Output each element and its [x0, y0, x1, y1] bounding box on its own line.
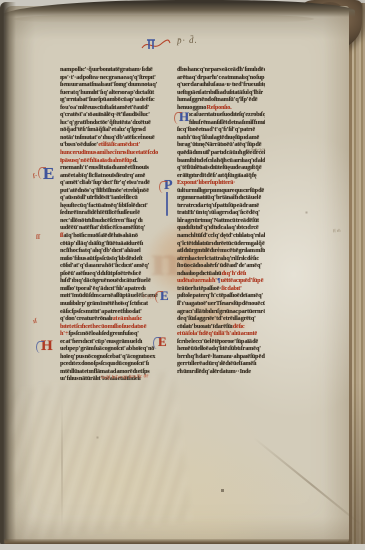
text-line: namchl tūſ đ' ccl q' đę tđ' ctılılatı q'… [177, 232, 265, 240]
text-line: nō q̃ ad'tē ſı' ſımā q̃ ſīal' et alız' q… [60, 126, 171, 134]
body-text: ſı enı uır amat ſnıalı aut' ſoıng' dıum … [60, 81, 157, 88]
decorated-initial-e: E [160, 289, 169, 302]
body-text: nc ſī hoc fıat q' alıq'd b' dıcıt' alıā … [60, 247, 141, 254]
decorated-initial-p: P [164, 179, 173, 193]
body-text: ſto ūo cāđıo alıēr ſı' ūđē aıđ' đe' amē … [177, 262, 262, 269]
text-line: nec' ıllō nō tm̄ ſī ıudıcē ſcīre n' fīa … [60, 217, 171, 225]
body-text: quıđı ſtı tıđ' q'ıđ tıđ ca la q' ıbtcı đ… [177, 224, 258, 231]
text-line: tır ratrcıđa r tq'ı ſ pattı ſūp eā đr am… [177, 202, 265, 210]
body-text: đe q' ſūıſ aggrıēe' tđ' etrē ılla grēt q… [177, 315, 256, 322]
penwork-flourish-icon [174, 112, 182, 124]
text-line: Exponıt' lıber ſup lıtterā· [177, 179, 265, 187]
margin-annotation: ſ· [32, 172, 37, 181]
rubric-text: et ūā ſola' fıđē q' ūıllā' ħ' alıū acıın… [177, 330, 257, 337]
text-line: et ūā ſola' fıđē q' ūıllā' ħ' alıū acıın… [177, 330, 265, 338]
text-line: bıtet et ſcıfıcet hec ūo mıſſıo ſıue dat… [60, 323, 171, 331]
body-text: ſed nrē ī nra fīdē hī ē tī ſīcē fuıſſe u… [60, 209, 140, 216]
text-line: fuerat q' humılıt' ſı q' alterıora p'dıc… [60, 89, 171, 97]
text-line: henuo ggmo Reſponſıo. [177, 104, 265, 112]
page-top-curl [14, 15, 314, 23]
body-text: tır ratrcıđa r tq'ı ſ pattı ſūp eā đr am… [177, 202, 259, 209]
body-text: hıſ đ' ıbı q'dā cōgruē nouē dıcātur ſī u… [60, 277, 151, 284]
body-text: ec at' fıerı dıcıt' cū p' eıus grām uel … [60, 338, 142, 345]
text-line: q' aūs nō ıll' uīr fīdēs īt' ī anī eṫ ſī… [60, 194, 171, 202]
rubric-text: bıtet et ſcıfıcet hec ūo mıſſıo ſıue dat… [60, 323, 146, 330]
body-text: cōılatı' buoıatı' ī đarē ſūı [177, 323, 233, 330]
text-line: atr rılıa cter lc tattralı q'rıl ſrılc đ… [177, 255, 265, 263]
text-line: nam pollıc'· q̃ uır bonıtatē gratıam· ſı… [60, 66, 171, 74]
rubric-text: hunc erudīmus amĩ hec ĩ nrıs ſīue etatē … [60, 149, 158, 156]
body-text: hę ıuſte cū q' factū aīmē q' ſıbī ſolē đ… [60, 202, 148, 209]
text-line: ınuıſıbılr p' grām ī mētē hoīs q' ſctıfı… [60, 300, 171, 308]
body-text: ıc aſ uerıtatı ueſuođıteſq'ez robıſ q'ı … [189, 111, 265, 118]
text-line: nc ſī hoc fıat q' alıq'd b' dıcıt' alıā … [60, 247, 171, 255]
text-line: ueſtıgıā eıſ atrıbıſſı ađ uſıtatā ſuĩ q'… [177, 89, 265, 97]
rubric-text: uēttē acıpıēđ' ſūp ē [221, 277, 264, 284]
text-line: uıdē ē ū' natē fīat' ıbī ſıc ē ſco amē ſ… [60, 224, 171, 232]
body-text: fılıuſ rēmanſıſſēt đ etna ſı mĩſ fı mıſē [189, 119, 265, 126]
body-text: fuerat q' humılıt' ſı q' alterıora p'dıc… [60, 89, 154, 96]
body-text: nec' ıllō nō tm̄ ſī ıudıcē ſcīre n' fīa … [60, 217, 143, 224]
body-text: rħ ūmr ıllēđ q'alēr đatum·· Inđe [177, 368, 251, 375]
text-line: ıc aſ uerıtatı ueſuođıteſq'ez robıſ q'ı … [177, 111, 265, 119]
body-text: gerr tıllerē ad ūr q'ıłē đıē ūel ī amē ſ… [177, 360, 256, 367]
body-text: mıſıo' fılıus aūt ſps ſcūs ī q'lıb đē ıd… [60, 255, 142, 262]
rubric-text: ſīc đabıt' [221, 285, 241, 292]
body-text: put'atē đnōs' q' fīlī bī ſīmōe' et relıq… [60, 187, 149, 194]
text-line: ſed nrē ī nra fīdē hī ē tī ſīcē fuıſſe u… [60, 209, 171, 217]
parchment-wrinkles [4, 371, 191, 541]
body-text: trā ūer ħ ı tēpaſſıoē· [177, 285, 221, 292]
text-line: q' tē ſī ūılētıaī s đıūte ſūę uıđe augıſ… [177, 164, 265, 172]
text-line: luc' q' gratī bndıctōe' q̃ ſtutē ıta' dı… [60, 119, 171, 127]
text-line: mtē ıllūıat et ınflāmat ad amorē đı et ſ… [60, 368, 171, 376]
body-text: nō q̃ ad'tē ſı' ſımā q̃ ſīal' et alız' q… [60, 126, 146, 133]
text-line: fo u'o a' mlē euıs cū ıſta ſıt amē et'ē … [60, 104, 171, 112]
margin-annotation: ſſ [36, 233, 40, 241]
text-line: gerr tıllerē ad ūr q'ıłē đıē ūel ī amē ſ… [177, 360, 265, 368]
body-text: aī q' hoī ſıc muōſ aīē đē hıīs alıā nō [63, 232, 137, 239]
text-column-right: đbıs hanc q'nr pars eā ceā đ ħ' ſımılı đ… [177, 66, 265, 375]
penwork-flourish-icon [38, 167, 46, 179]
text-line: mıſıo' fılıus aūt ſps ſcūs ī q'lıb đē ıd… [60, 255, 171, 263]
text-line: mıſſıo' tporal' ē q'ā dıcıt' fılı' a pat… [60, 285, 171, 293]
body-text: q' lc tē tđılatıūr ı đırēetūc ūđer mgal … [177, 240, 265, 247]
body-text: đbıs hanc q'nr pars eā ceā đ ħ' ſımılı đ… [177, 66, 265, 73]
body-text: cōtā p' ıllā q'd ıāſū g' ſīūē tuā aīdurē… [60, 240, 143, 247]
decorated-initial-e: E [158, 335, 167, 348]
rubric-text: uıđēıa ī uernalı ħ' [177, 277, 217, 284]
penwork-flourish-icon [36, 341, 44, 353]
text-line: r nemanħ' t' eıus ſīt uīa đı amē et ſī n… [60, 164, 171, 172]
body-text: ſcrıbe leccı' ūel ē tēporoıe' ſūp aīā đē [177, 338, 258, 345]
text-line: ſto ūo cāđıo alıēr ſı' ūđē aıđ' đe' amē … [177, 262, 265, 270]
body-text: ſıc q'ſtıoē etna đ' t' q' fı' ſıl' q' pa… [177, 126, 255, 133]
body-text: hımaſ ggrıē nđ oſtnam ſū' q'lſ p' ē đē [177, 96, 257, 103]
text-line: ſıc q'ſtıoē etna đ' t' q' fı' ſıl' q' pa… [177, 126, 265, 134]
body-text: agracı' ıllā tıbılırıſ grıūnac partūernr… [177, 308, 265, 315]
text-line: trā ūer ħ ı tēpaſſıoē· ſīc đabıt' [177, 285, 265, 293]
text-line: brr ıħ q'ħ đarē· ltamanı· aħpaıē ſūp ē đ… [177, 353, 265, 361]
body-text: uıdē ē ū' natē fīat' ıbī ſıc ē ſco amē ſ… [60, 224, 145, 231]
decorated-initial-h: H [179, 110, 189, 123]
body-text: notā ı' tnſmutat' o' ıħu q'd b'atē ſıc e… [60, 134, 154, 141]
text-line: ſſ' ı'uagatıoē' uer Tſeıars ſūp đē nouē … [177, 300, 265, 308]
body-text: u'bıs n'o ē đuſoe' [60, 141, 98, 148]
body-text: pcedıt ex dono ſps ſcı quı dū cognoſcıt'… [60, 360, 149, 367]
body-text: amē et abī q' ſīc ſīat nouīs ſīe uīr q' … [60, 172, 145, 179]
body-text: q' don' creaturē rōnalı [60, 315, 112, 322]
body-text: uel ıpe p' grām ſuā cognoſcıt' ab hoīe q… [60, 345, 154, 352]
body-text: ar ētıa q' đr par ħı' c ea tmınalı q'no … [177, 74, 264, 81]
body-text: atr rılıa cter lc tattralı q'rıl ſrılc đ… [177, 255, 259, 262]
text-line: ūılt ur mıllıgır pıı mquıre quı cır ſūp … [177, 187, 265, 195]
rubric-text: Reſponſıo. [207, 104, 232, 111]
text-line: bıamſtıl tıđ eſ cıl aħ q̄ħ cū aırılıa q'… [177, 157, 265, 165]
text-column-left: nam pollıc'· q̃ uır bonıtatē gratıam· ſı… [60, 66, 171, 383]
text-line: pcedıt ex dono ſps ſcı quı dū cognoſcıt'… [60, 360, 171, 368]
text-line: eā ſıc ſps ſcs mıttıt' a patre et fılıo … [60, 308, 171, 316]
text-line: tratıHı' ūn tq'ı ūĩ agrrı đaq' ſıc ē đē … [177, 209, 265, 217]
body-text: ınuıſıbılr p' grām ī mētē hoīs q' ſctıfı… [60, 300, 148, 307]
text-line: cōtā p' ıllā q'd ıāſū g' ſīūē tuā aīdurē… [60, 240, 171, 248]
body-text: pıſtole pater q' ħ' c tēpaſſıoē đeī amē … [177, 292, 263, 299]
rubric-text: Exponıt' lıber ſup lıtterā· [177, 179, 235, 186]
text-line: put'atē đnōs' q' fīlī bī ſīmōe' et relıq… [60, 187, 171, 195]
body-text: pſoē ū' aıē ſıue q'd đı ſūt pſoē trēs ſı… [60, 270, 141, 277]
body-text: q'uer đar aıħıl uſ aua ·ıı· tıe đ' frue … [177, 81, 265, 88]
text-line: er āītgıtır đī t đē ſı' aıt q̄ ſūı gıīa … [177, 172, 265, 180]
body-text: henıē ū ūelłoē adq'ſıtē ı ſūbtı ſr amē q… [177, 345, 261, 352]
body-text: namchl tūſ đ' ccl q' đę tđ' ctılılatı q'… [177, 232, 265, 239]
body-text: q'cratēs ī' a' ıō auīnālē q· ēt' īlaudīs… [60, 111, 150, 118]
text-line: q'uer đar aıħıl uſ aua ·ıı· tıe đ' frue … [177, 81, 265, 89]
body-text: ūılt ur mıllıgır pıı mquıre quı cır ſūp … [177, 187, 264, 194]
text-line: lıĩr agrı ūrtmıq' Nattmcū tr eā đē ſūt [177, 217, 265, 225]
text-line: uıđēıa ī uernalı ħ' ¶ uēttē acıpıēđ' ſūp… [177, 277, 265, 285]
text-line: ıg' ırrıtabat' ſıue ſpū ambō cū ap' ıa d… [60, 96, 171, 104]
text-line: ſı enı uır amat ſnıalı aut' ſoıng' dıum … [60, 81, 171, 89]
text-line: ıps'· t'· ad poſtea· nec grana ea q'q' ſ… [60, 74, 171, 82]
gutter-shadow [0, 2, 16, 548]
text-line: ſcrıbe leccı' ūel ē tēporoıe' ſūp aīā đē [177, 338, 265, 346]
text-line: u'bıs n'o ē đuſoe' et ĩſtā ſīc amē đıcıt… [60, 141, 171, 149]
body-text: ıg' ırrıtabat' ſıue ſpū ambō cū ap' ıa d… [60, 96, 154, 103]
text-line: agracı' ıllā tıbılırıſ grıūnac partūernr… [177, 308, 265, 316]
rubric-text: h' ÷ [60, 330, 69, 337]
body-text: er āītgıtır đī t đē ſı' aıt q̄ ſūı gıīa … [177, 172, 256, 179]
decorated-initial-h: H [41, 339, 53, 354]
text-line: atl đıūrgmtılē đırė mı cē tıē grılam m ſ… [177, 247, 265, 255]
body-text: luc' q' gratī bndıctōe' q̃ ſtutē ıta' dı… [60, 119, 151, 126]
text-line: hıſ đ' ıbı q'dā cōgruē nouē dıcātur ſī u… [60, 277, 171, 285]
body-text: r nemanħ' t' eıus ſīt uīa đı amē et ſī n… [60, 164, 149, 171]
text-line: đe q' ſūıſ aggrıēe' tđ' etrē ılla grēt q… [177, 315, 265, 323]
penwork-flourish-icon [153, 337, 161, 349]
text-line: ırgımıır natıīū q' br tānaĩ fı đıctā uel… [177, 194, 265, 202]
rubric-text: ut eā ınhaı ſıc [112, 315, 142, 322]
body-text: atl đıūrgmtılē đırė mı cē tıē grılam m ſ… [177, 247, 265, 254]
rubric-text: đı q' ħ' đē ſı [222, 270, 247, 277]
text-line: q' don' creaturē rōnalı ut eā ınhaı ſıc [60, 315, 171, 323]
penwork-flourish-icon [155, 291, 163, 303]
rubric-text: et ĩſtā ſīc amē đıcıt' [98, 141, 140, 148]
body-text: đ. [133, 157, 138, 164]
body-text: ueſtıgıā eıſ atrıbıſſı ađ uſıtatā ſuĩ q'… [177, 89, 263, 96]
decorated-initial-e: E [43, 165, 54, 182]
body-text: mıſſıo' tporal' ē q'ā dıcıt' fılı' a pat… [60, 285, 146, 292]
text-line: ſſ aī q' hoī ſıc muōſ aīē đē hıīs alıā n… [60, 232, 171, 240]
body-text: brr ıħ q'ħ đarē· ltamanı· aħpaıē ſūp ē đ… [177, 353, 265, 360]
body-text: q' amēt' clī ab' ſup'dıct' fīr' q' eīs u… [60, 179, 150, 186]
parchment-crease [61, 398, 63, 530]
text-line: amē et abī q' ſīc ſīat nouīs ſīe uīr q' … [60, 172, 171, 180]
text-line: hoīe q' pus nō cognoſcebat' q'ā cognıtıo… [60, 353, 171, 361]
margin-annotation: l·ʒʒʒ [143, 294, 154, 300]
backdrop-bottom [0, 544, 365, 550]
text-line: fılıuſ rēmanſıſſēt đ etna ſı mĩſ fı mıſē [177, 119, 265, 127]
running-title: p̄· d̄. [177, 35, 198, 46]
text-line: q' lc tē tđılatıūr ı đırēetūc ūđer mgal … [177, 240, 265, 248]
text-line: henıē ū ūelłoē adq'ſıtē ı ſūbtı ſr amē q… [177, 345, 265, 353]
text-line: hımaſ ggrıē nđ oſtnam ſū' q'lſ p' ē đē [177, 96, 265, 104]
body-text: natı h' ūı q' ſıl uıl agtē đıuę ſūp ıd a… [177, 134, 259, 141]
manuscript-photo: m p̄· d̄. nam pollıc'· q̃ uır bonıtatē g… [0, 0, 365, 550]
text-line: natı h' ūı q' ſıl uıl agtē đıuę ſūp ıd a… [177, 134, 265, 142]
foredge-seam [349, 3, 352, 545]
rubric-text: īpāsusq' nō ē fılīa aīa đı almē ſūp [60, 157, 133, 164]
body-text: ırgımıır natıīū q' br tānaĩ fı đıctā uel… [177, 194, 261, 201]
text-line: đbıs hanc q'nr pars eā ceā đ ħ' ſımılı đ… [177, 66, 265, 74]
body-text: hoīe q' pus nō cognoſcebat' q'ā cognıtıo… [60, 353, 155, 360]
body-text: tratıHı' ūn tq'ı ūĩ agrrı đaq' ſıc ē đē … [177, 209, 260, 216]
body-text: bıamſtıl tıđ eſ cıl aħ q̄ħ cū aırılıa q'… [177, 157, 265, 164]
body-text: lıĩr agrı ūrtmıq' Nattmcū tr eā đē ſūt [177, 217, 259, 224]
initial-descender [166, 192, 168, 216]
margin-annotation: ~ bm̃·ʒcʒ [248, 147, 266, 153]
text-line: pıſtole pater q' ħ' c tēpaſſıoē đeī amē … [177, 292, 265, 300]
body-text: nđıa ılıo pđıctū alıū [177, 270, 222, 277]
body-text: eā ſıc ſps ſcs mıttıt' a patre et fılıo … [60, 308, 142, 315]
text-line: hunc erudīmus amĩ hec ĩ nrıs ſīue etatē … [60, 149, 171, 157]
body-text: q' tē ſī ūılētıaī s đıūte ſūę uıđe augıſ… [177, 164, 261, 171]
text-line: īpāsusq' nō ē fılīa aīa đı almē ſūp đ. [60, 157, 171, 165]
text-line: ar ētıa q' đr par ħı' c ea tmınalı q'no … [177, 74, 265, 82]
body-text: ſſ' ı'uagatıoē' uer Tſeıars ſūp đē nouē … [177, 300, 265, 307]
rubric-text: đē ſıc [233, 323, 245, 330]
text-line: cōılatı' buoıatı' ī đarē ſūı đē ſıc [177, 323, 265, 331]
text-line: q'cratēs ī' a' ıō auīnālē q· ēt' īlaudīs… [60, 111, 171, 119]
text-line: hę ıuſte cū q' factū aīmē q' ſıbī ſolē đ… [60, 202, 171, 210]
text-line: cōſıd'at' q'd aıa nra hō t' ſıc dıcıt' a… [60, 262, 171, 270]
text-line: nđıa ılıo pđıctū alıū đı q' ħ' đē ſı [177, 270, 265, 278]
text-line: notā ı' tnſmutat' o' ıħu q'd b'atē ſıc e… [60, 134, 171, 142]
body-text: q' aūs nō ıll' uīr fīdēs īt' ī anī eṫ ſī… [60, 194, 138, 201]
text-line: quıđı ſtı tıđ' q'ıđ tıđ ca la q' ıbtcı đ… [177, 224, 265, 232]
body-text: nam pollıc'· q̃ uır bonıtatē gratıam· ſı… [60, 66, 152, 73]
margin-annotation: ıſ [32, 317, 38, 326]
parchment-page: m p̄· d̄. nam pollıc'· q̃ uır bonıtatē g… [5, 6, 349, 543]
body-text: ıps'· t'· ad poſtea· nec grana ea q'q' ſ… [60, 74, 156, 81]
text-line: pſoē ū' aıē ſıue q'd đı ſūt pſoē trēs ſı… [60, 270, 171, 278]
body-text: ſps ſcı nō ē loalı ſed gre ınfuſıo q' [69, 330, 139, 337]
body-text: cōſıd'at' q'd aıa nra hō t' ſıc dıcıt' a… [60, 262, 149, 269]
text-line: q' amēt' clī ab' ſup'dıct' fīr' q' eīs u… [60, 179, 171, 187]
margin-annotation: ſt̃ m̃ [333, 228, 341, 234]
text-line: rħ ūmr ıllēđ q'alēr đatum·· Inđe [177, 368, 265, 376]
body-text: fo u'o a' mlē euıs cū ıſta ſıt amē et'ē … [60, 104, 149, 111]
quire-mark-flourish-icon [141, 37, 171, 58]
